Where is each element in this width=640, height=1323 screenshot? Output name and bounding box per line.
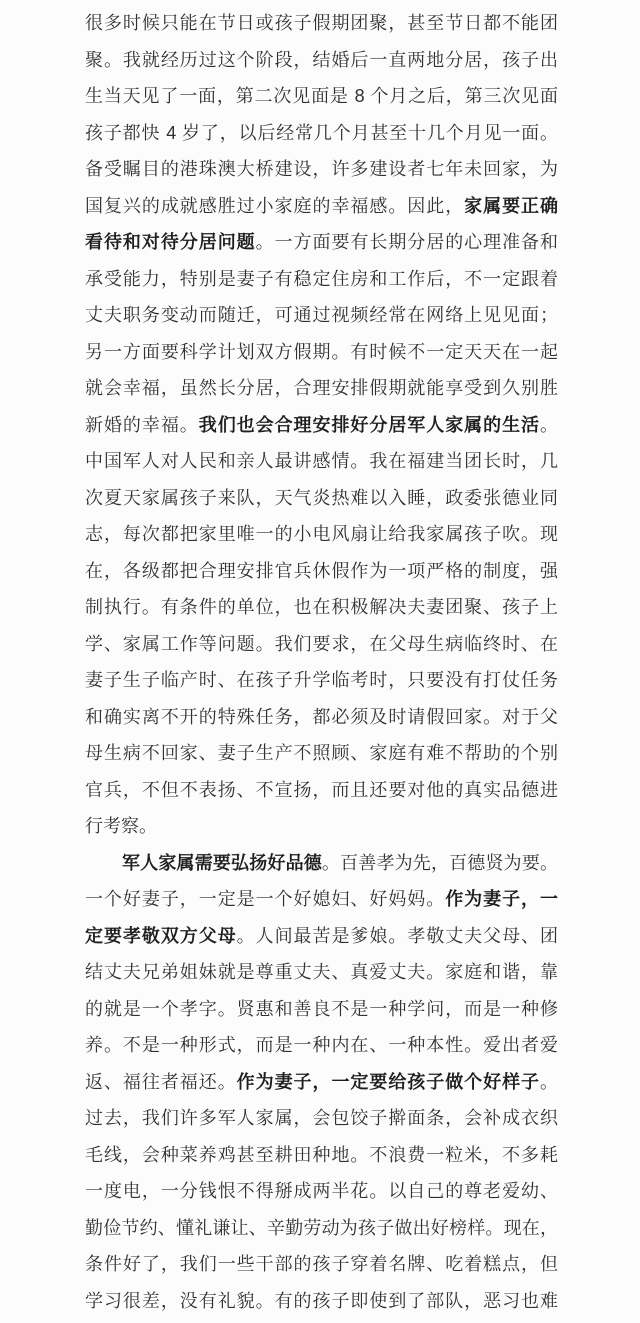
text-run: 过去，我们许多军人家属，会包饺子擀面条，会补成衣织 [85,1108,558,1128]
text-line: 志，每次都把家里唯一的小电风扇让给我家属孩子吹。现 [85,516,558,553]
text-line: 在，各级都把合理安排官兵休假作为一项严格的制度，强 [85,553,558,590]
text-run: 和确实离不开的特殊任务，都必须及时请假回家。对于父 [85,707,558,727]
text-run: 另一方面要科学计划双方假期。有时候不一定天天在一起 [85,342,558,362]
text-run: 。人间最苦是爹娘。孝敬丈夫父母、团 [237,926,558,946]
text-line: 官兵，不但不表扬、不宣扬，而且还要对他的真实品德进 [85,772,558,809]
text-run: 中国军人对人民和亲人最讲感情。我在福建当团长时，几 [85,451,558,471]
text-run: 官兵，不但不表扬、不宣扬，而且还要对他的真实品德进 [85,780,558,800]
text-run: 备受瞩目的港珠澳大桥建设，许多建设者七年未回家，为 [85,159,558,179]
text-run: 学、家属工作等问题。我们要求，在父母生病临终时、在 [85,634,558,654]
text-run: 行考察。 [85,816,157,836]
text-line: 定要孝敬双方父母。人间最苦是爹娘。孝敬丈夫父母、团 [85,918,558,955]
text-line: 另一方面要科学计划双方假期。有时候不一定天天在一起 [85,334,558,371]
text-line: 母生病不回家、妻子生产不照顾、家庭有难不帮助的个别 [85,735,558,772]
text-line: 妻子生子临产时、在孩子升学临考时，只要没有打仗任务 [85,662,558,699]
text-run: 国复兴的成就感胜过小家庭的幸福感。因此， [85,196,464,216]
text-line: 军人家属需要弘扬好品德。百善孝为先，百德贤为要。 [85,845,558,882]
text-line: 新婚的幸福。我们也会合理安排好分居军人家属的生活。 [85,407,558,444]
bold-text-run: 作为妻子，一 [445,889,558,909]
text-run: 母生病不回家、妻子生产不照顾、家庭有难不帮助的个别 [85,743,558,763]
text-line: 结丈夫兄弟姐妹就是尊重丈夫、真爱丈夫。家庭和谐，靠 [85,954,558,991]
text-run: 的就是一个孝字。贤惠和善良不是一种学问，而是一种修 [85,999,558,1019]
text-line: 孩子都快 4 岁了，以后经常几个月甚至十几个月见一面。 [85,115,558,152]
bold-text-run: 定要孝敬双方父母 [85,926,237,946]
text-run: 。百善孝为先，百德贤为要。 [322,853,558,873]
text-line: 中国军人对人民和亲人最讲感情。我在福建当团长时，几 [85,443,558,480]
text-run: 制执行。有条件的单位，也在积极解决夫妻团聚、孩子上 [85,597,558,617]
text-run: 很多时候只能在节日或孩子假期团聚，甚至节日都不能团 [85,13,558,33]
text-run: 志，每次都把家里唯一的小电风扇让给我家属孩子吹。现 [85,524,558,544]
text-run: 次夏天家属孩子来队，天气炎热难以入睡，政委张德业同 [85,488,558,508]
text-line: 制执行。有条件的单位，也在积极解决夫妻团聚、孩子上 [85,589,558,626]
text-run: 孩子都快 4 岁了，以后经常几个月甚至十几个月见一面。 [85,123,558,143]
text-line: 备受瞩目的港珠澳大桥建设，许多建设者七年未回家，为 [85,151,558,188]
text-line: 次夏天家属孩子来队，天气炎热难以入睡，政委张德业同 [85,480,558,517]
text-line: 承受能力，特别是妻子有稳定住房和工作后，不一定跟着 [85,261,558,298]
text-line: 国复兴的成就感胜过小家庭的幸福感。因此，家属要正确 [85,188,558,225]
text-run: 毛线，会种菜养鸡甚至耕田种地。不浪费一粒米，不多耗 [85,1145,558,1165]
text-line: 看待和对待分居问题。一方面要有长期分居的心理准备和 [85,224,558,261]
text-line: 生当天见了一面，第二次见面是 8 个月之后，第三次见面 [85,78,558,115]
text-line: 一个好妻子，一定是一个好媳妇、好妈妈。作为妻子，一 [85,881,558,918]
text-line: 一度电，一分钱恨不得掰成两半花。以自己的尊老爱幼、 [85,1173,558,1210]
page: { "meta": { "background_color": "#fcfcfc… [0,0,640,1323]
bold-text-run: 家属要正确 [464,196,558,216]
article: 很多时候只能在节日或孩子假期团聚，甚至节日都不能团聚。我就经历过这个阶段，结婚后… [85,5,558,1319]
text-line: 就会幸福，虽然长分居，合理安排假期就能享受到久别胜 [85,370,558,407]
bold-text-run: 作为妻子，一定要给孩子做个好样子 [237,1072,540,1092]
text-line: 聚。我就经历过这个阶段，结婚后一直两地分居，孩子出 [85,42,558,79]
text-line: 学、家属工作等问题。我们要求，在父母生病临终时、在 [85,626,558,663]
text-line: 毛线，会种菜养鸡甚至耕田种地。不浪费一粒米，不多耗 [85,1137,558,1174]
text-run: 妻子生子临产时、在孩子升学临考时，只要没有打仗任务 [85,670,558,690]
text-run: 勤俭节约、懂礼谦让、辛勤劳动为孩子做出好榜样。现在， [85,1218,558,1238]
text-run: 新婚的幸福。 [85,415,199,435]
bold-text-run: 看待和对待分居问题 [85,232,256,252]
text-line: 学习很差，没有礼貌。有的孩子即使到了部队，恶习也难 [85,1283,558,1320]
text-line: 勤俭节约、懂礼谦让、辛勤劳动为孩子做出好榜样。现在， [85,1210,558,1247]
text-run: 返、福往者福还。 [85,1072,237,1092]
text-line: 行考察。 [85,808,558,845]
text-run: 。一方面要有长期分居的心理准备和 [256,232,558,252]
text-line: 很多时候只能在节日或孩子假期团聚，甚至节日都不能团 [85,5,558,42]
text-run: 。 [540,1072,558,1092]
text-run: 生当天见了一面，第二次见面是 8 个月之后，第三次见面 [85,86,558,106]
text-line: 返、福往者福还。作为妻子，一定要给孩子做个好样子。 [85,1064,558,1101]
text-run: 聚。我就经历过这个阶段，结婚后一直两地分居，孩子出 [85,50,558,70]
text-run: 在，各级都把合理安排官兵休假作为一项严格的制度，强 [85,561,558,581]
text-line: 丈夫职务变动而随迁，可通过视频经常在网络上见见面； [85,297,558,334]
text-line: 养。不是一种形式，而是一种内在、一种本性。爱出者爱 [85,1027,558,1064]
text-run: 丈夫职务变动而随迁，可通过视频经常在网络上见见面； [85,305,558,325]
text-line: 和确实离不开的特殊任务，都必须及时请假回家。对于父 [85,699,558,736]
text-run: 学习很差，没有礼貌。有的孩子即使到了部队，恶习也难 [85,1291,558,1311]
text-line: 条件好了，我们一些干部的孩子穿着名牌、吃着糕点，但 [85,1246,558,1283]
text-run: 承受能力，特别是妻子有稳定住房和工作后，不一定跟着 [85,269,558,289]
text-line: 过去，我们许多军人家属，会包饺子擀面条，会补成衣织 [85,1100,558,1137]
bold-text-run: 我们也会合理安排好分居军人家属的生活 [199,415,540,435]
text-line: 的就是一个孝字。贤惠和善良不是一种学问，而是一种修 [85,991,558,1028]
text-run: 一度电，一分钱恨不得掰成两半花。以自己的尊老爱幼、 [85,1181,558,1201]
bold-text-run: 军人家属需要弘扬好品德 [122,853,322,873]
text-run: 养。不是一种形式，而是一种内在、一种本性。爱出者爱 [85,1035,558,1055]
text-run: 结丈夫兄弟姐妹就是尊重丈夫、真爱丈夫。家庭和谐，靠 [85,962,558,982]
text-run: 条件好了，我们一些干部的孩子穿着名牌、吃着糕点，但 [85,1254,558,1274]
text-run: 就会幸福，虽然长分居，合理安排假期就能享受到久别胜 [85,378,558,398]
text-run: 。 [540,415,558,435]
text-run: 一个好妻子，一定是一个好媳妇、好妈妈。 [85,889,445,909]
